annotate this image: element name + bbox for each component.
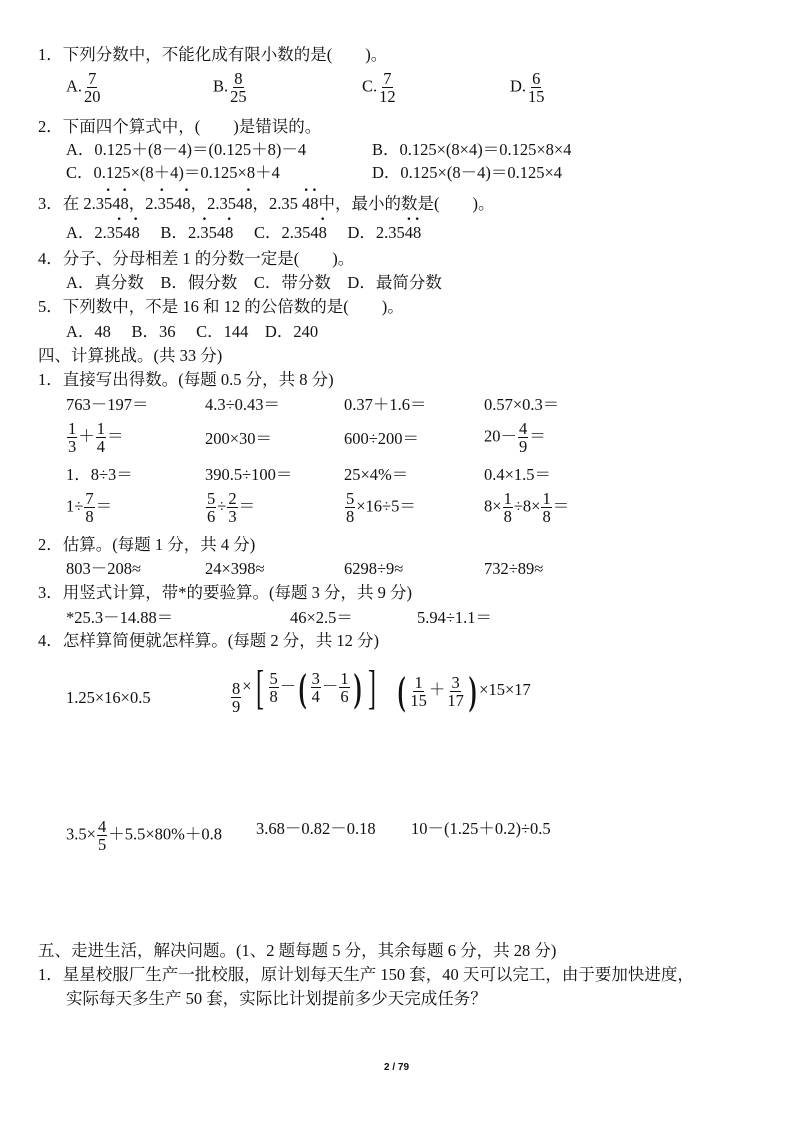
s5-q1-line1: 1．星星校服厂生产一批校服，原计划每天生产 150 套，40 天可以完工，由于要… xyxy=(38,964,694,986)
calc-item: 0.57×0.3＝ xyxy=(484,394,559,416)
page-number: 2 / 79 xyxy=(0,1062,793,1073)
section5-title: 五、走进生活，解决问题。(1、2 题每题 5 分，其余每题 6 分，共 28 分… xyxy=(38,940,556,962)
calc-item: 600÷200＝ xyxy=(344,428,419,450)
calc-item: 390.5÷100＝ xyxy=(205,464,292,486)
q4-options: A．真分数 B．假分数 C．带分数 D．最简分数 xyxy=(66,272,442,294)
q1-option-d: D.615 xyxy=(510,70,547,105)
q3-stem: 3．在 2.3548，2.3548，2.3548，2.35 48中，最小的数是(… xyxy=(38,193,495,215)
calc-item: 58×16÷5＝ xyxy=(344,490,416,525)
s4-p2-title: 2．估算。(每题 1 分，共 4 分) xyxy=(38,534,255,556)
calc-item: 0.4×1.5＝ xyxy=(484,464,551,486)
calc-item: 8×18÷8×18＝ xyxy=(484,490,569,525)
vertical-calc-item: *25.3－14.88＝ xyxy=(66,607,173,629)
estimate-item: 6298÷9≈ xyxy=(344,558,403,580)
q2-option-d: D．0.125×(8－4)＝0.125×4 xyxy=(372,162,562,184)
calc-item: 56÷23＝ xyxy=(205,490,255,525)
calc-item: 25×4%＝ xyxy=(344,464,408,486)
simplify-item: 1.25×16×0.5 xyxy=(66,687,151,709)
calc-item: 0.37＋1.6＝ xyxy=(344,394,427,416)
q5-stem: 5．下列数中，不是 16 和 12 的公倍数的是( )。 xyxy=(38,296,404,318)
calc-item: 763－197＝ xyxy=(66,394,149,416)
q5-options: A．48 B．36 C．144 D．240 xyxy=(66,321,318,343)
q1-option-c: C.712 xyxy=(362,70,398,105)
estimate-item: 803－208≈ xyxy=(66,558,141,580)
vertical-calc-item: 5.94÷1.1＝ xyxy=(417,607,492,629)
q4-stem: 4．分子、分母相差 1 的分数一定是( )。 xyxy=(38,248,354,270)
simplify-item: (115＋317)×15×17 xyxy=(395,670,531,711)
simplify-item: 89×[58－(34－16)] xyxy=(230,660,380,715)
calc-item: 4.3÷0.43＝ xyxy=(205,394,280,416)
vertical-calc-item: 46×2.5＝ xyxy=(290,607,353,629)
simplify-item: 10－(1.25＋0.2)÷0.5 xyxy=(411,818,551,840)
q2-option-a: A．0.125＋(8－4)＝(0.125＋8)－4 xyxy=(66,139,306,161)
estimate-item: 732÷89≈ xyxy=(484,558,543,580)
calc-item: 200×30＝ xyxy=(205,428,272,450)
q1-option-b: B.825 xyxy=(213,70,249,105)
calc-item: 1÷78＝ xyxy=(66,490,112,525)
q2-stem: 2．下面四个算式中，( )是错误的。 xyxy=(38,116,321,138)
calc-item: 20－49＝ xyxy=(484,420,546,455)
s4-p1-title: 1．直接写出得数。(每题 0.5 分，共 8 分) xyxy=(38,369,334,391)
s4-p4-title: 4．怎样算简便就怎样算。(每题 2 分，共 12 分) xyxy=(38,630,379,652)
s4-p3-title: 3．用竖式计算，带*的要验算。(每题 3 分，共 9 分) xyxy=(38,582,412,604)
s5-q1-line2: 实际每天多生产 50 套，实际比计划提前多少天完成任务？ xyxy=(66,988,487,1010)
simplify-item: 3.68－0.82－0.18 xyxy=(256,818,376,840)
q1-option-a: A.720 xyxy=(66,70,103,105)
calc-item: 13＋14＝ xyxy=(66,420,124,455)
q3-options: A．2.3548 B．2.3548 C．2.3548 D．2.3548 xyxy=(66,222,421,244)
q1-stem: 1．下列分数中，不能化成有限小数的是( )。 xyxy=(38,44,387,66)
estimate-item: 24×398≈ xyxy=(205,558,265,580)
calc-item: 1．8÷3＝ xyxy=(66,464,133,486)
q2-option-b: B．0.125×(8×4)＝0.125×8×4 xyxy=(372,139,571,161)
section4-title: 四、计算挑战。(共 33 分) xyxy=(38,345,222,367)
simplify-item: 3.5×45＋5.5×80%＋0.8 xyxy=(66,818,222,853)
